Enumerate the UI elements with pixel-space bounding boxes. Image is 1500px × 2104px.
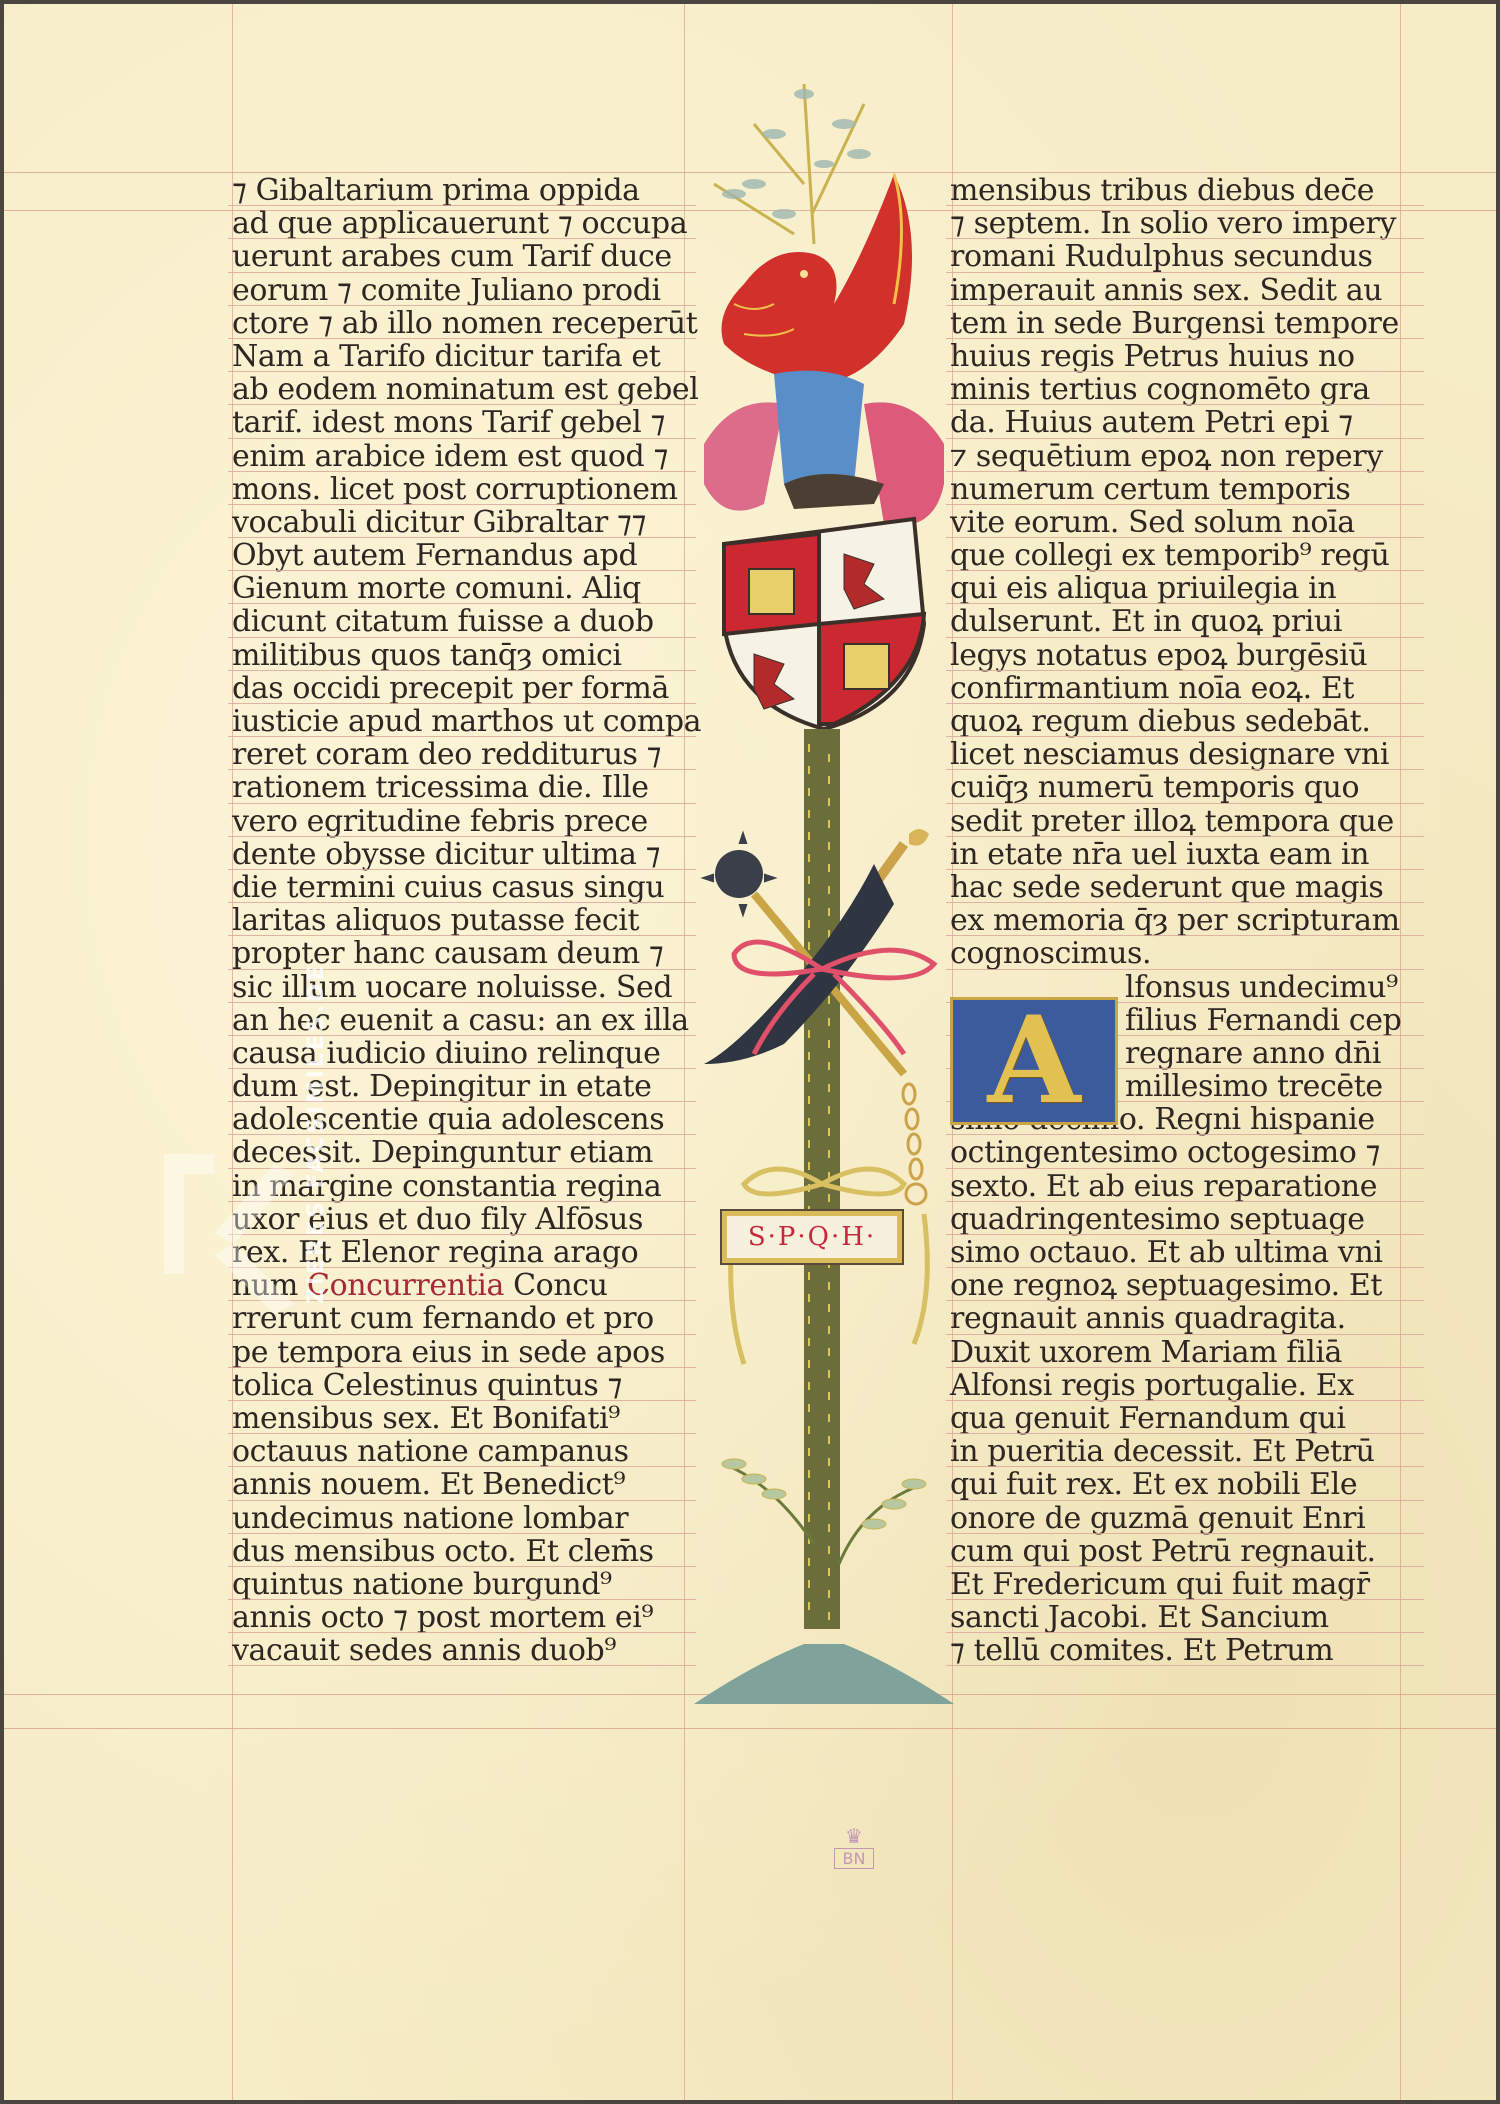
text-line: laritas aliquos putasse fecit <box>232 904 692 937</box>
text-line: cognoscimus. <box>950 937 1420 970</box>
text-line: tem in sede Burgensi tempore <box>950 307 1420 340</box>
text-line: ctore ⁊ ab illo nomen receperūt <box>232 307 692 340</box>
text-line: onore de guzmā genuit Enri <box>950 1502 1420 1535</box>
text-line: licet nesciamus designare vni <box>950 738 1420 771</box>
text-line: octauus natione campanus <box>232 1435 692 1468</box>
text-line: ad que applicauerunt ⁊ occupa <box>232 207 692 240</box>
text-line: dulserunt. Et in quoꝝ priui <box>950 605 1420 638</box>
text-line: tarif. idest mons Tarif gebel ⁊ <box>232 406 692 439</box>
rubric-heading: Concurrentia <box>307 1268 504 1303</box>
stamp-text: BN <box>834 1848 874 1869</box>
text-line: undecimus natione lombar <box>232 1502 692 1535</box>
text-line: qui fuit rex. Et ex nobili Ele <box>950 1468 1420 1501</box>
text-line: cuiq̄ȝ numerū temporis quo <box>950 771 1420 804</box>
text-line: dus mensibus octo. Et clem̄s <box>232 1535 692 1568</box>
text-line: sancti Jacobi. Et Sancium <box>950 1601 1420 1634</box>
ruling-line <box>228 1665 696 1666</box>
text-line: Alfonsi regis portugalie. Ex <box>950 1369 1420 1402</box>
text-line: vite eorum. Sed solum noīa <box>950 506 1420 539</box>
text-line: annis octo ⁊ post mortem ei⁹ <box>232 1601 692 1634</box>
text-line: Obyt autem Fernandus apd <box>232 539 692 572</box>
text-line: romani Rudulphus secundus <box>950 240 1420 273</box>
text-line: da. Huius autem Petri epi ⁊ <box>950 406 1420 439</box>
text-line: imperauit annis sex. Sedit au <box>950 274 1420 307</box>
text-line: cum qui post Petrū regnauit. <box>950 1535 1420 1568</box>
chain-icon <box>903 1084 926 1204</box>
text-line: eorum ⁊ comite Juliano prodi <box>232 274 692 307</box>
text-line: regnauit annis quadragita. <box>950 1302 1420 1335</box>
publisher-watermark-logo-icon <box>154 1134 314 1314</box>
ruling-line-bottom-2 <box>4 1728 1496 1729</box>
watermark-text: ZIERES FACSIMILES.DE <box>304 963 329 1304</box>
text-line: iusticie apud marthos ut compa <box>232 705 692 738</box>
text-line: annis nouem. Et Benedict⁹ <box>232 1468 692 1501</box>
text-line: huius regis Petrus huius no <box>950 340 1420 373</box>
text-line: rationem tricessima die. Ille <box>232 771 692 804</box>
olive-branch-icon <box>714 84 864 244</box>
text-line: simo octauo. Et ab ultima vni <box>950 1236 1420 1269</box>
text-line: octingentesimo octogesimo ⁊ <box>950 1136 1420 1169</box>
heraldic-illumination <box>694 64 954 1704</box>
text-line: que collegi ex temporib⁹ regū <box>950 539 1420 572</box>
manuscript-page: ⁊ Gibaltarium prima oppidaad que applica… <box>4 4 1496 2100</box>
text-line: dum est. Depingitur in etate <box>232 1070 692 1103</box>
library-stamp: ♛ BN <box>834 1824 874 1884</box>
text-line: sic illum uocare noluisse. Sed <box>232 971 692 1004</box>
text-line: vero egritudine febris prece <box>232 805 692 838</box>
text-line: tolica Celestinus quintus ⁊ <box>232 1369 692 1402</box>
text-line: Nam a Tarifo dicitur tarifa et <box>232 340 692 373</box>
text-line: one regnoꝝ septuagesimo. Et <box>950 1269 1420 1302</box>
text-column-right: mensibus tribus diebus dec̄e⁊ septem. In… <box>950 174 1420 1667</box>
text-line: ⁊ sequētium epoꝝ non repery <box>950 440 1420 473</box>
illuminated-initial: A <box>950 997 1118 1125</box>
text-line: ex memoria q̄ȝ per scripturam <box>950 904 1420 937</box>
text-line: Et Fredericum qui fuit magr̄ <box>950 1568 1420 1601</box>
text-line: causa iudicio diuino relinque <box>232 1037 692 1070</box>
text-line: quadringentesimo septuage <box>950 1203 1420 1236</box>
text-line: pe tempora eius in sede apos <box>232 1336 692 1369</box>
text-line: ⁊ septem. In solio vero impery <box>950 207 1420 240</box>
crown-icon: ♛ <box>834 1824 874 1848</box>
text-line: Gienum morte comuni. Aliq <box>232 572 692 605</box>
text-line: minis tertius cognomēto gra <box>950 373 1420 406</box>
text-line: an hec euenit a casu: an ex illa <box>232 1004 692 1037</box>
text-line: propter hanc causam deum ⁊ <box>232 937 692 970</box>
helm-mantling-icon <box>704 371 944 526</box>
grass-base-icon <box>694 1644 954 1704</box>
text-line: Duxit uxorem Mariam filiā <box>950 1336 1420 1369</box>
text-line: in etate nr̄a uel iuxta eam in <box>950 838 1420 871</box>
text-line: das occidi precepit per formā <box>232 672 692 705</box>
text-line: hac sede sederunt que magis <box>950 871 1420 904</box>
text-line: in pueritia decessit. Et Petrū <box>950 1435 1420 1468</box>
text-column-left: ⁊ Gibaltarium prima oppidaad que applica… <box>232 174 692 1667</box>
text-line: vacauit sedes annis duob⁹ <box>232 1634 692 1667</box>
text-line: adolescentie quia adolescens <box>232 1103 692 1136</box>
text-line: quoꝝ regum diebus sedebāt. <box>950 705 1420 738</box>
text-line: sedit preter illoꝝ tempora que <box>950 805 1420 838</box>
motto-cartouche: S·P·Q·H· <box>722 1211 902 1263</box>
text-line: sexto. Et ab eius reparatione <box>950 1170 1420 1203</box>
text-line: vocabuli dicitur Gibraltar ⁊⁊ <box>232 506 692 539</box>
text-line: mensibus sex. Et Bonifati⁹ <box>232 1402 692 1435</box>
text-line: uerunt arabes cum Tarif duce <box>232 240 692 273</box>
text-line: ⁊ tellū comites. Et Petrum <box>950 1634 1420 1667</box>
text-line: reret coram deo redditurus ⁊ <box>232 738 692 771</box>
text-line: dicunt citatum fuisse a duob <box>232 605 692 638</box>
text-line: militibus quos tanq̄ȝ omici <box>232 639 692 672</box>
text-line: enim arabice idem est quod ⁊ <box>232 440 692 473</box>
text-line: qui eis aliqua priuilegia in <box>950 572 1420 605</box>
text-line: ⁊ Gibaltarium prima oppida <box>232 174 692 207</box>
text-line: qua genuit Fernandum qui <box>950 1402 1420 1435</box>
text-line: mons. licet post corruptionem <box>232 473 692 506</box>
text-line: dente obysse dicitur ultima ⁊ <box>232 838 692 871</box>
text-line: numerum certum temporis <box>950 473 1420 506</box>
initial-letter: A <box>953 1000 1115 1122</box>
text-line: die termini cuius casus singu <box>232 871 692 904</box>
text-line: legys notatus epoꝝ burgēsiū <box>950 639 1420 672</box>
text-line: confirmantium noīa eoꝝ. Et <box>950 672 1420 705</box>
text-line: mensibus tribus diebus dec̄e <box>950 174 1420 207</box>
text-line: ab eodem nominatum est gebel <box>232 373 692 406</box>
text-line: quintus natione burgund⁹ <box>232 1568 692 1601</box>
coat-of-arms-shield-icon <box>724 519 924 729</box>
ruling-line <box>946 1665 1424 1666</box>
